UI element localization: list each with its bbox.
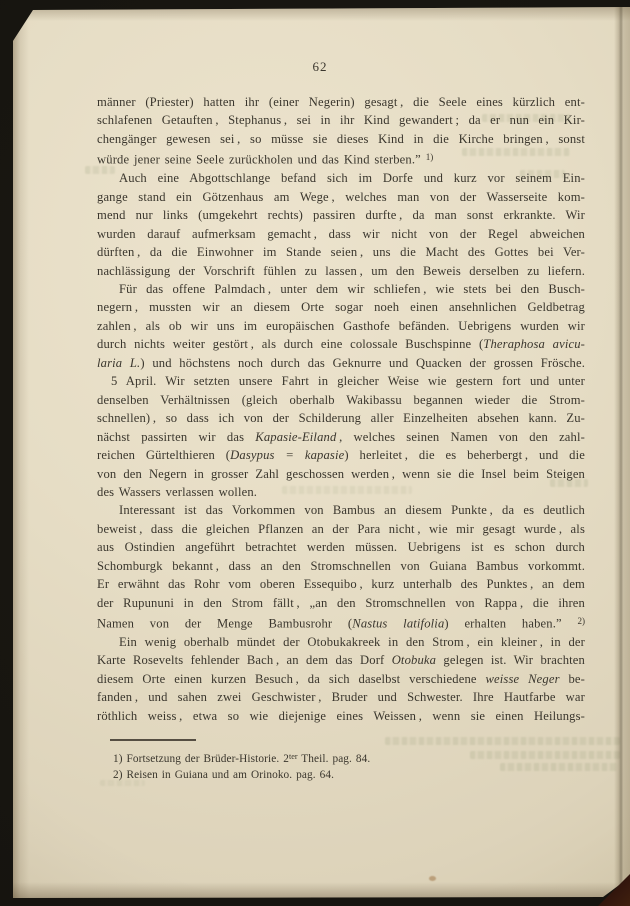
text-line: laria L.) und höchstens noch durch das G…	[97, 354, 585, 372]
text-segment: beweist , dass die gleichen Pflanzen an …	[97, 522, 585, 536]
page-edge-shadow-top	[13, 7, 630, 21]
text-line: 5 April. Wir setzten unsere Fahrt in gle…	[97, 372, 585, 390]
text-segment: , welches seinen Namen von den zahl-	[336, 430, 585, 444]
page-edge-shadow-left	[13, 10, 29, 898]
text-segment: 5 April. Wir setzten unsere Fahrt in gle…	[111, 374, 585, 388]
text-segment: durch nichts weiter gestört , als durch …	[97, 337, 483, 351]
text-line: chengänger gewesen sei , so müsse sie di…	[97, 130, 585, 148]
footnote-marker: 1)	[426, 152, 434, 162]
text-segment: Nastus latifolia	[352, 617, 444, 631]
text-segment: Interessant ist das Vorkommen von Bambus…	[119, 503, 585, 517]
text-segment: ) und höchstens noch durch das Geknurre …	[140, 356, 585, 370]
text-segment: ) erhalten haben.”	[444, 617, 577, 631]
footnote-line: 1) Fortsetzung der Brüder-Historie. 2ter…	[113, 749, 573, 767]
page-edge-shadow-bottom	[13, 882, 630, 898]
text-line: gange stand ein Götzenhaus am Wege , wel…	[97, 188, 585, 206]
footnote-line: 2) Reisen in Guiana und am Orinoko. pag.…	[113, 767, 573, 783]
text-segment: schlafenen Getauften , Stephanus , sei i…	[97, 113, 585, 127]
text-segment: gange stand ein Götzenhaus am Wege , wel…	[97, 190, 585, 204]
text-line: Namen von der Menge Bambusrohr (Nastus l…	[97, 612, 585, 633]
text-line: negern , mussten wir an diesem Orte soga…	[97, 298, 585, 316]
text-line: röthlich weiss , etwa so wie diejenige e…	[97, 707, 585, 725]
footnote-marker: 2)	[577, 616, 585, 626]
text-segment: würde jener seine Seele zurückholen und …	[97, 153, 426, 167]
book-page-scan: 62 männer (Priester) hatten ihr (einer N…	[0, 0, 630, 906]
text-segment: Otobuka	[392, 653, 436, 667]
body-text: männer (Priester) hatten ihr (einer Nege…	[97, 93, 585, 725]
text-line: würde jener seine Seele zurückholen und …	[97, 148, 585, 169]
footnote-separator	[110, 739, 196, 741]
text-segment: weisse Neger	[485, 672, 559, 686]
text-segment: des Wassers verlassen wollen.	[97, 485, 257, 499]
text-line: zahlen , als ob wir uns im europäischen …	[97, 317, 585, 335]
text-line: Interessant ist das Vorkommen von Bambus…	[97, 501, 585, 519]
text-line: schlafenen Getauften , Stephanus , sei i…	[97, 111, 585, 129]
page-number: 62	[97, 59, 585, 74]
text-segment: 1) Fortsetzung der Brüder-Historie. 2	[113, 753, 289, 765]
text-segment: Namen von der Menge Bambusrohr (	[97, 617, 352, 631]
text-line: durch nichts weiter gestört , als durch …	[97, 335, 585, 353]
text-line: von den Negern in grosser Zahl geschosse…	[97, 465, 585, 483]
text-segment: Für das offene Palmdach , unter dem wir …	[119, 282, 585, 296]
text-segment: Theraphosa avicu-	[483, 337, 585, 351]
text-segment: laria L.	[97, 356, 140, 370]
text-segment: mend nur links (umgekehrt rechts) passir…	[97, 208, 585, 222]
text-segment: Kapasie-Eiland	[255, 430, 336, 444]
text-segment: chengänger gewesen sei , so müsse sie di…	[97, 132, 585, 146]
text-segment: reichen Gürtelthieren (	[97, 448, 230, 462]
text-segment: Schomburgk bekannt , dass an den Stromsc…	[97, 559, 585, 573]
text-line: mend nur links (umgekehrt rechts) passir…	[97, 206, 585, 224]
text-segment: schnellen) , so dass ich von der Schilde…	[97, 411, 585, 425]
text-segment: zahlen , als ob wir uns im europäischen …	[97, 319, 585, 333]
text-segment: röthlich weiss , etwa so wie diejenige e…	[97, 709, 585, 723]
text-line: diesem Orte einen kurzen Besuch , da sic…	[97, 670, 585, 688]
text-segment: Theil. pag. 84.	[298, 753, 371, 765]
text-segment: fanden , und sahen zwei Geschwister , Br…	[97, 690, 585, 704]
text-segment: diesem Orte einen kurzen Besuch , da sic…	[97, 672, 485, 686]
text-segment: 2) Reisen in Guiana und am Orinoko. pag.…	[113, 769, 334, 781]
text-segment: denselben Verhältnissen (gleich oberhalb…	[97, 393, 585, 407]
text-segment: von den Negern in grosser Zahl geschosse…	[97, 467, 585, 481]
text-segment: negern , mussten wir an diesem Orte soga…	[97, 300, 585, 314]
text-segment: nächst passirten wir das	[97, 430, 255, 444]
text-line: nachlässigung der Vorschrift fühlen zu l…	[97, 262, 585, 280]
text-segment: ) herleitet , die es beherbergt , und di…	[344, 448, 585, 462]
text-segment: nachlässigung der Vorschrift fühlen zu l…	[97, 264, 585, 278]
text-segment: dürften , da die Einwohner im Stande sei…	[97, 245, 585, 259]
text-line: nächst passirten wir das Kapasie-Eiland …	[97, 428, 585, 446]
text-line: des Wassers verlassen wollen.	[97, 483, 585, 501]
text-line: schnellen) , so dass ich von der Schilde…	[97, 409, 585, 427]
footnote-marker: ter	[289, 752, 298, 761]
text-line: Schomburgk bekannt , dass an den Stromsc…	[97, 557, 585, 575]
text-line: aus Ostindien angeführt betrachtet werde…	[97, 538, 585, 556]
text-segment: Er erwähnt das Rohr vom oberen Essequibo…	[97, 577, 585, 591]
bleedthrough-smudge	[385, 737, 620, 745]
text-segment: männer (Priester) hatten ihr (einer Nege…	[97, 95, 585, 109]
text-segment: aus Ostindien angeführt betrachtet werde…	[97, 540, 585, 554]
text-line: Er erwähnt das Rohr vom oberen Essequibo…	[97, 575, 585, 593]
footnotes: 1) Fortsetzung der Brüder-Historie. 2ter…	[113, 749, 573, 783]
text-line: reichen Gürtelthieren (Dasypus = kapasie…	[97, 446, 585, 464]
text-line: denselben Verhältnissen (gleich oberhalb…	[97, 391, 585, 409]
text-segment: Auch eine Abgottschlange befand sich im …	[119, 171, 585, 185]
text-segment: Ein wenig oberhalb mündet der Otobukakre…	[119, 635, 585, 649]
text-line: männer (Priester) hatten ihr (einer Nege…	[97, 93, 585, 111]
text-line: Auch eine Abgottschlange befand sich im …	[97, 169, 585, 187]
text-segment: gelegen ist. Wir brachten	[436, 653, 585, 667]
text-line: wurden darauf aufmerksam gemacht , dass …	[97, 225, 585, 243]
text-line: Ein wenig oberhalb mündet der Otobukakre…	[97, 633, 585, 651]
text-segment: Dasypus = kapasie	[230, 448, 344, 462]
text-line: Für das offene Palmdach , unter dem wir …	[97, 280, 585, 298]
text-line: Karte Rosevelts fehlender Bach , an dem …	[97, 651, 585, 669]
text-line: dürften , da die Einwohner im Stande sei…	[97, 243, 585, 261]
text-line: der Rupununi in den Strom fällt , „an de…	[97, 594, 585, 612]
text-segment: der Rupununi in den Strom fällt , „an de…	[97, 596, 585, 610]
text-line: beweist , dass die gleichen Pflanzen an …	[97, 520, 585, 538]
text-line: fanden , und sahen zwei Geschwister , Br…	[97, 688, 585, 706]
text-segment: Karte Rosevelts fehlender Bach , an dem …	[97, 653, 392, 667]
text-segment: wurden darauf aufmerksam gemacht , dass …	[97, 227, 585, 241]
text-segment: be-	[560, 672, 585, 686]
paper-stain	[429, 876, 436, 881]
paper-page: 62 männer (Priester) hatten ihr (einer N…	[0, 0, 630, 906]
